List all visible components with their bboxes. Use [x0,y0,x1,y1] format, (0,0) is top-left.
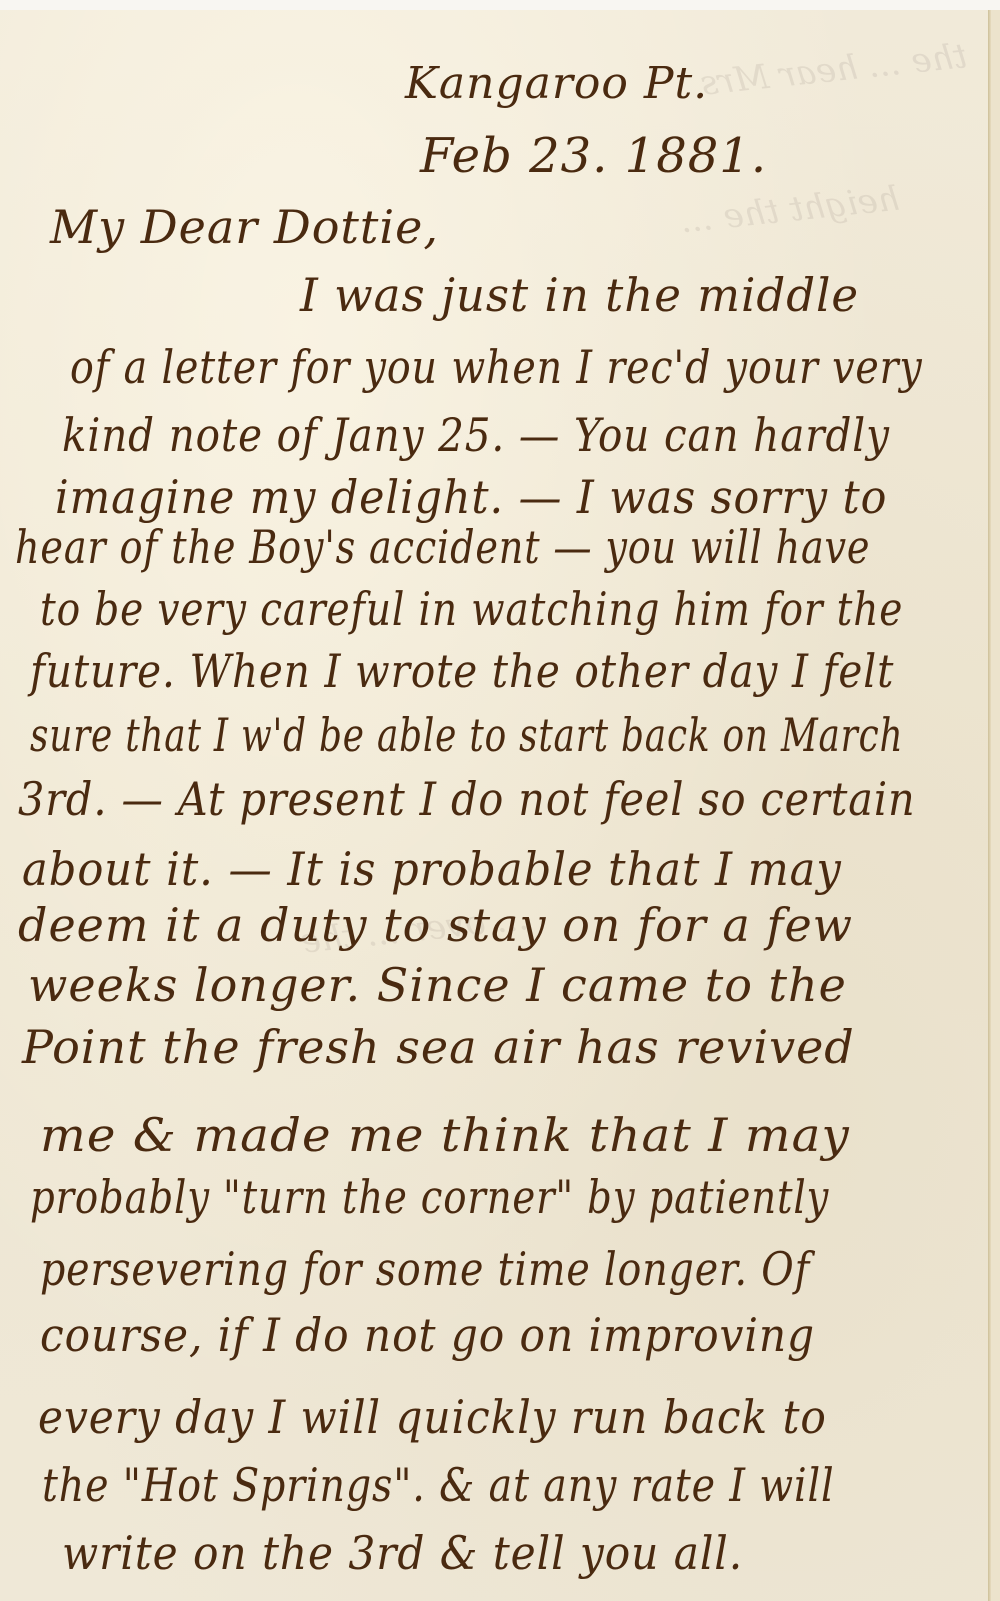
letter-line: me & made me think that I may [40,1108,850,1162]
letter-line: persevering for some time longer. Of [40,1242,810,1296]
letter-line: course, if I do not go on improving [40,1308,815,1362]
letter-line: kind note of Jany 25. — You can hardly [62,408,890,462]
letter-line: Point the fresh sea air has revived [22,1020,855,1074]
letter-salutation: My Dear Dottie, [50,200,439,254]
letter-line: the "Hot Springs". & at any rate I will [42,1458,835,1512]
letter-place: Kangaroo Pt. [405,58,708,109]
letter-line: to be very careful in watching him for t… [40,582,903,636]
page-verso-strip [991,10,1000,1601]
letter-date: Feb 23. 1881. [420,128,767,184]
letter-line: of a letter for you when I rec'd your ve… [70,340,923,394]
letter-line: sure that I w'd be able to start back on… [30,708,903,762]
letter-line: I was just in the middle [300,268,859,322]
letter-line: write on the 3rd & tell you all. [62,1526,743,1580]
letter-line: imagine my delight. — I was sorry to [55,470,887,524]
letter-line: probably "turn the corner" by patiently [30,1170,829,1224]
letter-line: deem it a duty to stay on for a few [18,898,853,952]
bleed-through-text: the ... hear Mrs [699,36,969,104]
scan-margin [0,0,1000,10]
letter-line: 3rd. — At present I do not feel so certa… [18,772,916,826]
bleed-through-text: height the ... [679,179,902,242]
letter-line: weeks longer. Since I came to the [28,958,847,1012]
letter-line: future. When I wrote the other day I fel… [30,644,894,698]
letter-line: about it. — It is probable that I may [22,842,842,896]
letter-page: the ... hear Mrs height the ... ... over… [0,10,990,1601]
letter-line: hear of the Boy's accident — you will ha… [15,520,870,574]
letter-line: every day I will quickly run back to [38,1390,827,1444]
